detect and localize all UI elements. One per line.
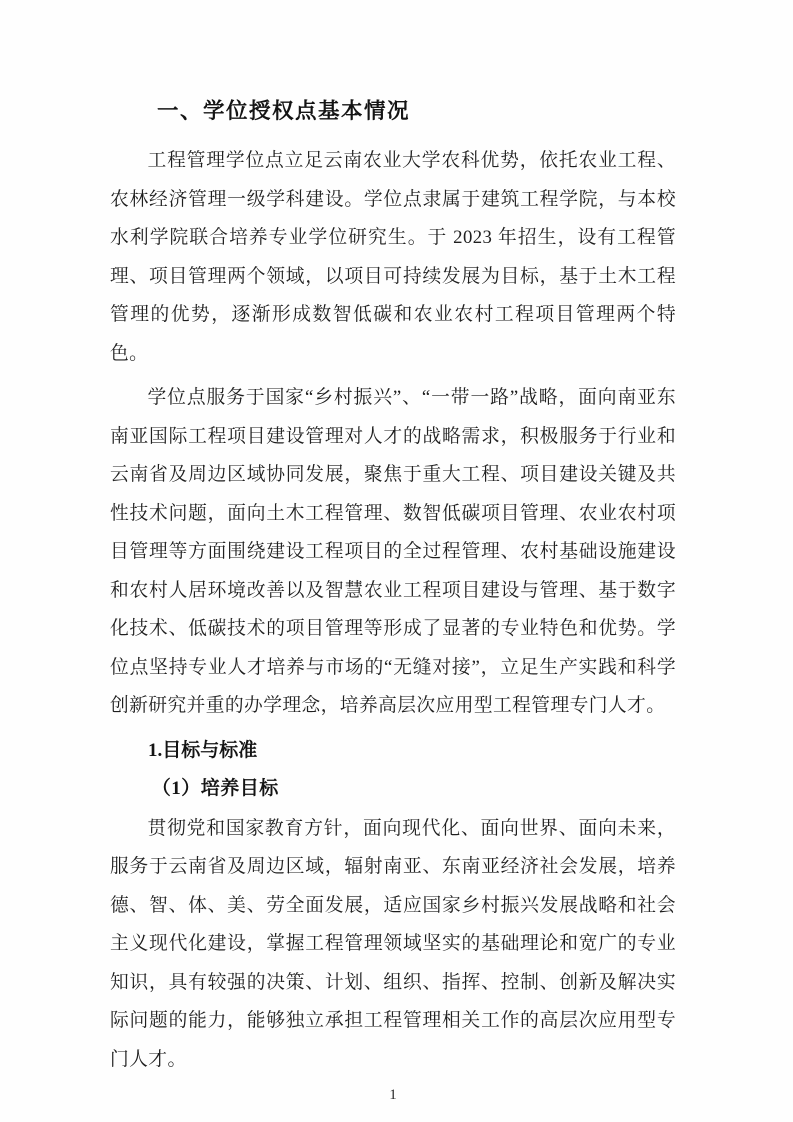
document-page: 一、学位授权点基本情况 工程管理学位点立足云南农业大学农科优势，依托农业工程、农… — [0, 0, 793, 1122]
subsection-heading-goals-standards: 1.目标与标准 — [110, 736, 676, 766]
paragraph-strategy: 学位点服务于国家“乡村振兴”、“一带一路”战略，面向南亚东南亚国际工程项目建设管… — [110, 379, 676, 726]
paragraph-training-goal: 贯彻党和国家教育方针，面向现代化、面向世界、面向未来，服务于云南省及周边区域，辐… — [110, 810, 676, 1080]
paragraph-overview: 工程管理学位点立足云南农业大学农科优势，依托农业工程、农林经济管理一级学科建设。… — [110, 142, 676, 373]
clause-heading-training-goal: （1）培养目标 — [110, 774, 676, 804]
page-number: 1 — [110, 1085, 676, 1105]
section-heading: 一、学位授权点基本情况 — [110, 96, 676, 126]
